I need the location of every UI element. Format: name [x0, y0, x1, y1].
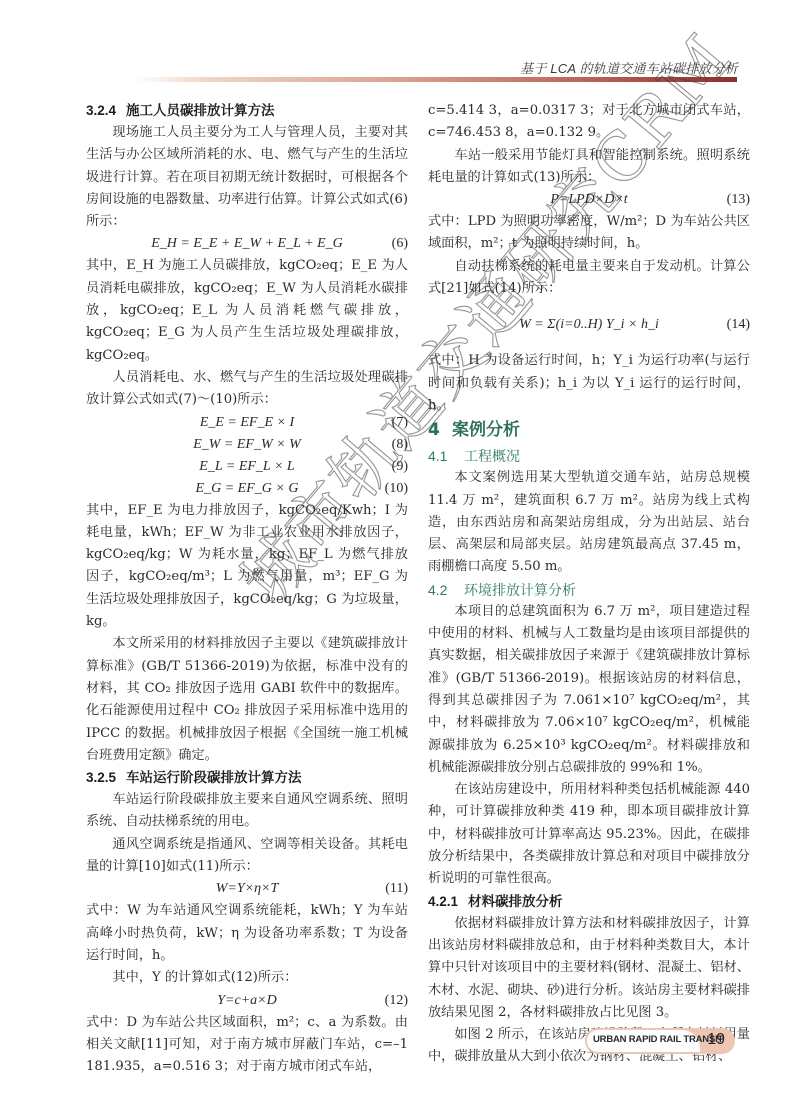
equation-7: E_E = EF_E × I(7)	[86, 412, 408, 434]
equation-8: E_W = EF_W × W(8)	[86, 434, 408, 456]
equation-11: W=Y×η×T(11)	[86, 878, 408, 900]
right-column: c=5.414 3，a=0.0317 3；对于北方城市闭式车站，c=746.45…	[428, 100, 750, 1069]
paragraph: 其中，Y 的计算如式(12)所示：	[86, 967, 408, 989]
paragraph: 本文案例选用某大型轨道交通车站，站房总规模 11.4 万 m²，建筑面积 6.7…	[428, 467, 750, 578]
equation-12: Y=c+a×D(12)	[86, 990, 408, 1012]
paragraph: 其中，E_H 为施工人员碳排放，kgCO₂eq；E_E 为人员消耗电碳排放，kg…	[86, 255, 408, 366]
paragraph: 式中：D 为车站公共区域面积，m²；c、a 为系数。由相关文献[11]可知，对于…	[86, 1012, 408, 1079]
paragraph: 车站运行阶段碳排放主要来自通风空调系统、照明系统、自动扶梯系统的用电。	[86, 789, 408, 834]
equation-14: W = Σ(i=0..H) Y_i × h_i(14)	[428, 300, 750, 350]
paragraph: 式中：LPD 为照明功率密度，W/m²；D 为车站公共区域面积，m²；t 为照明…	[428, 211, 750, 256]
paragraph: 本文所采用的材料排放因子主要以《建筑碳排放计算标准》(GB/T 51366-20…	[86, 633, 408, 767]
section-heading-4: 4案例分析	[428, 419, 750, 445]
left-column: 3.2.4施工人员碳排放计算方法 现场施工人员主要分为工人与管理人员，主要对其生…	[86, 100, 408, 1078]
section-heading-4-2: 4.2环境排放计算分析	[428, 579, 750, 601]
section-heading-3-2-4: 3.2.4施工人员碳排放计算方法	[86, 100, 408, 122]
equation-10: E_G = EF_G × G(10)	[86, 478, 408, 500]
paragraph: 式中：W 为车站通风空调系统能耗，kWh；Y 为车站高峰小时热负荷，kW；η 为…	[86, 900, 408, 967]
paragraph: 通风空调系统是指通风、空调等相关设备。其耗电量的计算[10]如式(11)所示：	[86, 834, 408, 879]
paragraph: 车站一般采用节能灯具和智能控制系统。照明系统耗电量的计算如式(13)所示：	[428, 145, 750, 190]
paragraph: 人员消耗电、水、燃气与产生的生活垃圾处理碳排放计算公式如式(7)～(10)所示：	[86, 367, 408, 412]
section-heading-4-2-1: 4.2.1材料碳排放分析	[428, 891, 750, 913]
equation-13: P=LPD×D×t(13)	[428, 189, 750, 211]
paragraph: 现场施工人员主要分为工人与管理人员，主要对其生活与办公区域所消耗的水、电、燃气与…	[86, 122, 408, 233]
page-number: 19	[707, 1031, 725, 1049]
running-title: 基于 LCA 的轨道交通车站碳排放分析	[520, 58, 738, 77]
paragraph: 本项目的总建筑面积为 6.7 万 m²，项目建造过程中使用的材料、机械与人工数量…	[428, 601, 750, 779]
paragraph: c=5.414 3，a=0.0317 3；对于北方城市闭式车站，c=746.45…	[428, 100, 750, 145]
section-heading-4-1: 4.1工程概况	[428, 445, 750, 467]
section-heading-3-2-5: 3.2.5车站运行阶段碳排放计算方法	[86, 767, 408, 789]
equation-9: E_L = EF_L × L(9)	[86, 456, 408, 478]
paragraph: 其中，EF_E 为电力排放因子，kgCO₂eq/Kwh；I 为耗电量，kWh；E…	[86, 500, 408, 634]
header-rule	[135, 77, 737, 82]
equation-6: E_H = E_E + E_W + E_L + E_G(6)	[86, 233, 408, 255]
paragraph: 式中：H 为设备运行时间，h；Y_i 为运行功率(与运行时间和负载有关系)；h_…	[428, 350, 750, 417]
paragraph: 依据材料碳排放计算方法和材料碳排放因子，计算出该站房材料碳排放总和，由于材料种类…	[428, 913, 750, 1024]
paragraph: 自动扶梯系统的耗电量主要来自于发动机。计算公式[21]如式(14)所示：	[428, 256, 750, 301]
paragraph: 在该站房建设中，所用材料种类包括机械能源 440 种，可计算碳排放种类 419 …	[428, 779, 750, 890]
journal-name: URBAN RAPID RAIL TRANSIT	[593, 1034, 723, 1045]
footer-journal-badge: URBAN RAPID RAIL TRANSIT 19	[585, 1028, 735, 1054]
